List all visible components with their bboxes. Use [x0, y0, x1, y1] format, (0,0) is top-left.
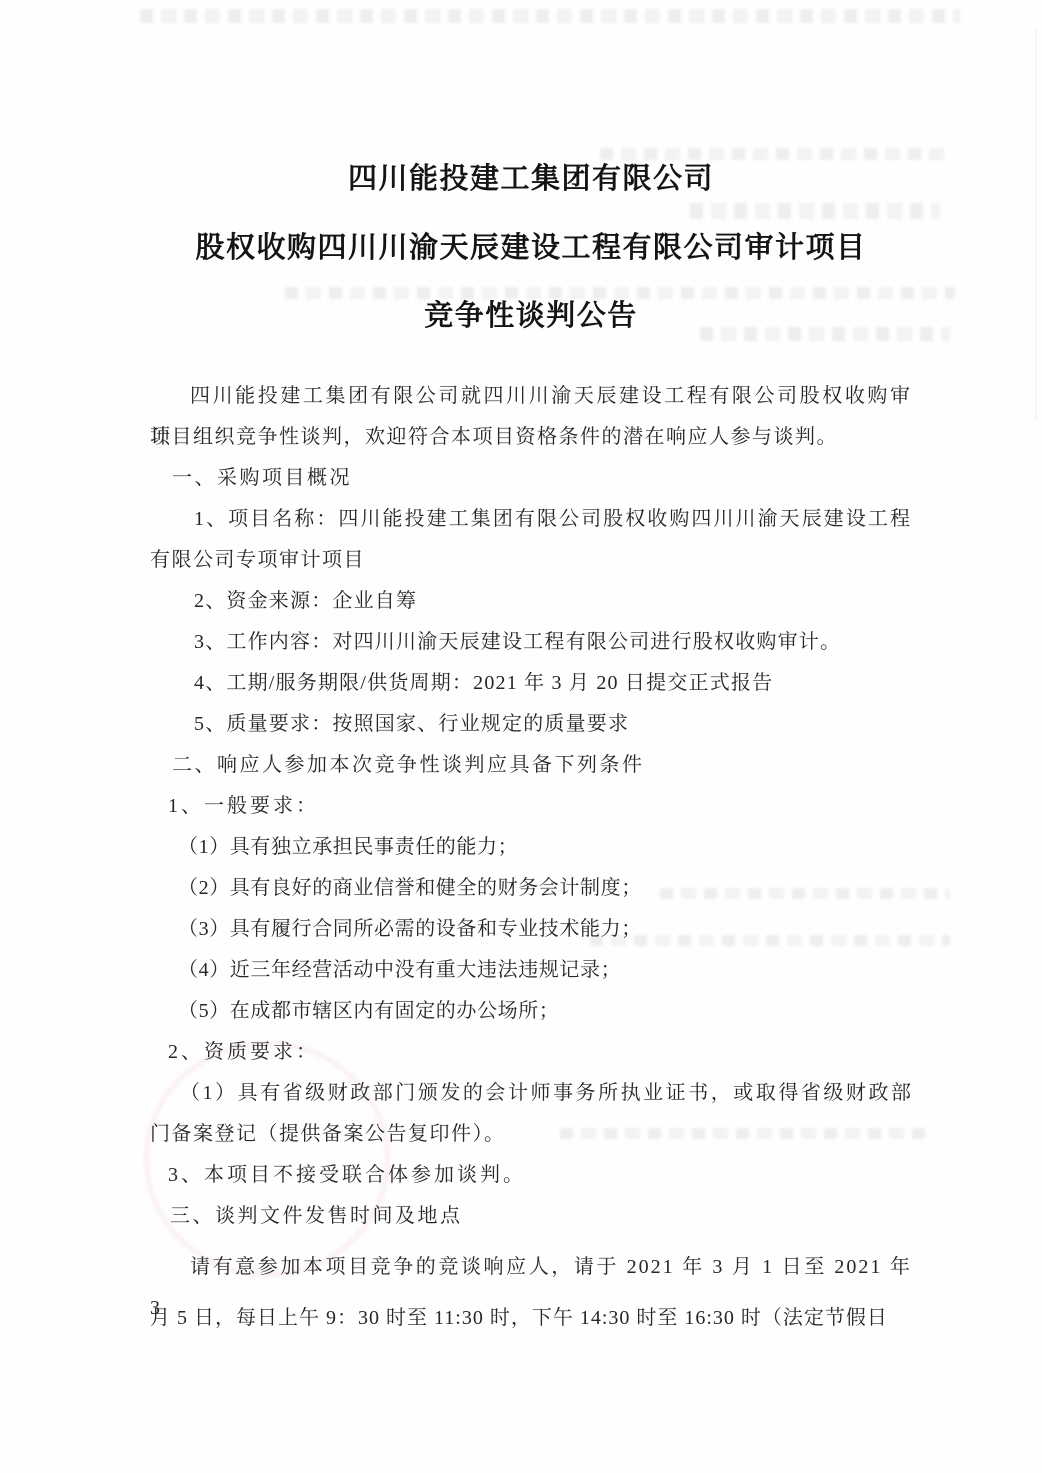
scanned-document-page: 四川能投建工集团有限公司 股权收购四川川渝天辰建设工程有限公司审计项目 竞争性谈…	[0, 0, 1042, 1473]
body-line: （1）具有独立承担民事责任的能力；	[150, 827, 912, 868]
body-line: 3、工作内容：对四川川渝天辰建设工程有限公司进行股权收购审计。	[150, 622, 912, 663]
body-line: 项目组织竞争性谈判，欢迎符合本项目资格条件的潜在响应人参与谈判。	[150, 417, 912, 458]
body-line: 2、资金来源：企业自筹	[150, 581, 912, 622]
document-body: 四川能投建工集团有限公司 股权收购四川川渝天辰建设工程有限公司审计项目 竞争性谈…	[150, 164, 912, 1339]
bleed-through-artifact	[600, 148, 950, 160]
body-line: （3）具有履行合同所必需的设备和专业技术能力；	[150, 909, 912, 950]
body-line: 1、一般要求：	[150, 786, 912, 827]
body-line: （1）具有省级财政部门颁发的会计师事务所执业证书，或取得省级财政部	[150, 1073, 912, 1114]
body-line: 2、资质要求：	[150, 1032, 912, 1073]
body-line: 1、项目名称：四川能投建工集团有限公司股权收购四川川渝天辰建设工程	[150, 499, 912, 540]
body-line: 门备案登记（提供备案公告复印件）。	[150, 1114, 912, 1155]
body-line: 三、谈判文件发售时间及地点	[150, 1196, 912, 1237]
body-line: （4）近三年经营活动中没有重大违法违规记录；	[150, 950, 912, 991]
body-line: 5、质量要求：按照国家、行业规定的质量要求	[150, 704, 912, 745]
bleed-through-artifact	[140, 9, 960, 23]
body-line: 4、工期/服务期限/供货周期：2021 年 3 月 20 日提交正式报告	[150, 663, 912, 704]
body-line: 请有意参加本项目竞争的竞谈响应人，请于 2021 年 3 月 1 日至 2021…	[150, 1247, 912, 1288]
body-line: （2）具有良好的商业信誉和健全的财务会计制度；	[150, 868, 912, 909]
body-line: 月 5 日，每日上午 9：30 时至 11:30 时，下午 14:30 时至 1…	[150, 1298, 912, 1339]
body-line: 有限公司专项审计项目	[150, 540, 912, 581]
body-line: 一、采购项目概况	[150, 458, 912, 499]
body-text-lines: 四川能投建工集团有限公司就四川川渝天辰建设工程有限公司股权收购审计项目组织竞争性…	[150, 376, 912, 1339]
body-line: 二、响应人参加本次竞争性谈判应具备下列条件	[150, 745, 912, 786]
doc-title-line-1: 四川能投建工集团有限公司	[150, 164, 912, 194]
body-line: 3、本项目不接受联合体参加谈判。	[150, 1155, 912, 1196]
body-line: （5）在成都市辖区内有固定的办公场所；	[150, 991, 912, 1032]
doc-title-line-3: 竞争性谈判公告	[150, 301, 912, 331]
scan-edge-artifact	[1035, 30, 1037, 420]
doc-title-line-2: 股权收购四川川渝天辰建设工程有限公司审计项目	[150, 233, 912, 263]
body-line: 四川能投建工集团有限公司就四川川渝天辰建设工程有限公司股权收购审计	[150, 376, 912, 417]
